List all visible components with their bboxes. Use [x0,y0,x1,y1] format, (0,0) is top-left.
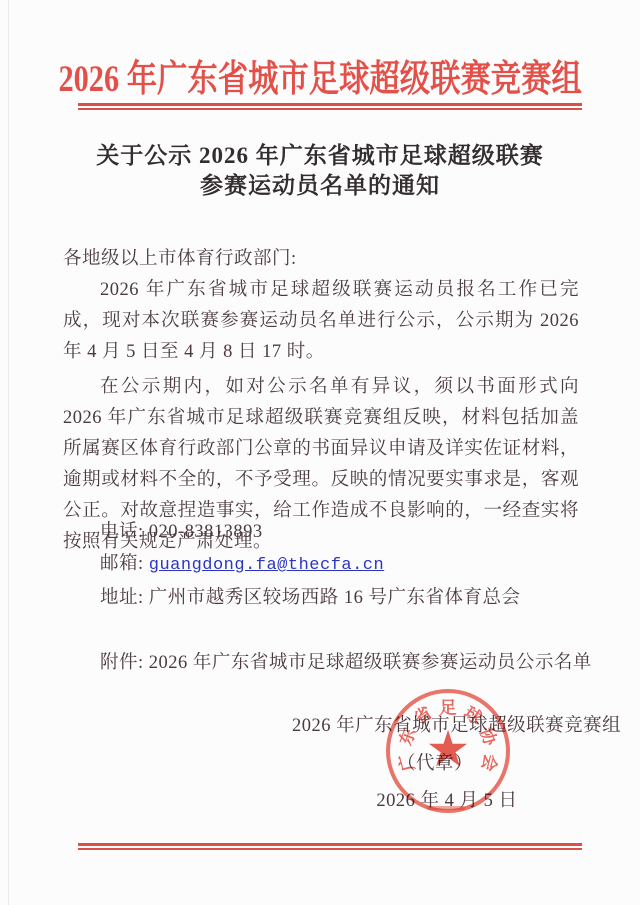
address-label: 地址: [100,588,149,608]
signature-date: 2026 年 4 月 5 日 [316,786,578,812]
signature-stamp-note: （代章） [292,749,578,775]
signature-block: 2026 年广东省城市足球超级联赛竞赛组 （代章） 2026 年 4 月 5 日 [292,711,578,812]
document-title-line1: 关于公示 2026 年广东省城市足球超级联赛 [30,141,610,171]
signature-org: 2026 年广东省城市足球超级联赛竞赛组 [292,711,578,737]
address-value: 广州市越秀区较场西路 16 号广东省体育总会 [149,588,521,608]
phone-label: 电话: [100,522,149,542]
salutation: 各地级以上市体育行政部门: [63,244,579,275]
letterhead: 2026 年广东省城市足球超级联赛竞赛组 [0,48,640,102]
letterhead-text: 2026 年广东省城市足球超级联赛竞赛组 [58,48,581,102]
footer-rule [78,843,582,850]
address-row: 地址: 广州市越秀区较场西路 16 号广东省体育总会 [100,582,521,614]
attachment-line: 附件: 2026 年广东省城市足球超级联赛参赛运动员公示名单 [100,648,592,674]
scan-edge-line [8,0,9,905]
paragraph-1: 2026 年广东省城市足球超级联赛运动员报名工作已完成，现对本次联赛参赛运动员名… [63,275,579,368]
email-row: 邮箱: guangdong.fa@thecfa.cn [100,548,521,582]
letterhead-rule [78,103,582,110]
document-title-line2: 参赛运动员名单的通知 [30,171,610,201]
body-text: 各地级以上市体育行政部门: 2026 年广东省城市足球超级联赛运动员报名工作已完… [63,244,579,558]
phone-value: 020-83813893 [149,522,263,542]
contact-block: 电话: 020-83813893 邮箱: guangdong.fa@thecfa… [100,516,521,614]
email-link[interactable]: guangdong.fa@thecfa.cn [149,556,384,575]
phone-row: 电话: 020-83813893 [100,516,521,548]
email-label: 邮箱: [100,554,149,574]
document-title: 关于公示 2026 年广东省城市足球超级联赛 参赛运动员名单的通知 [30,141,610,201]
document-page: 2026 年广东省城市足球超级联赛竞赛组 关于公示 2026 年广东省城市足球超… [0,0,640,905]
